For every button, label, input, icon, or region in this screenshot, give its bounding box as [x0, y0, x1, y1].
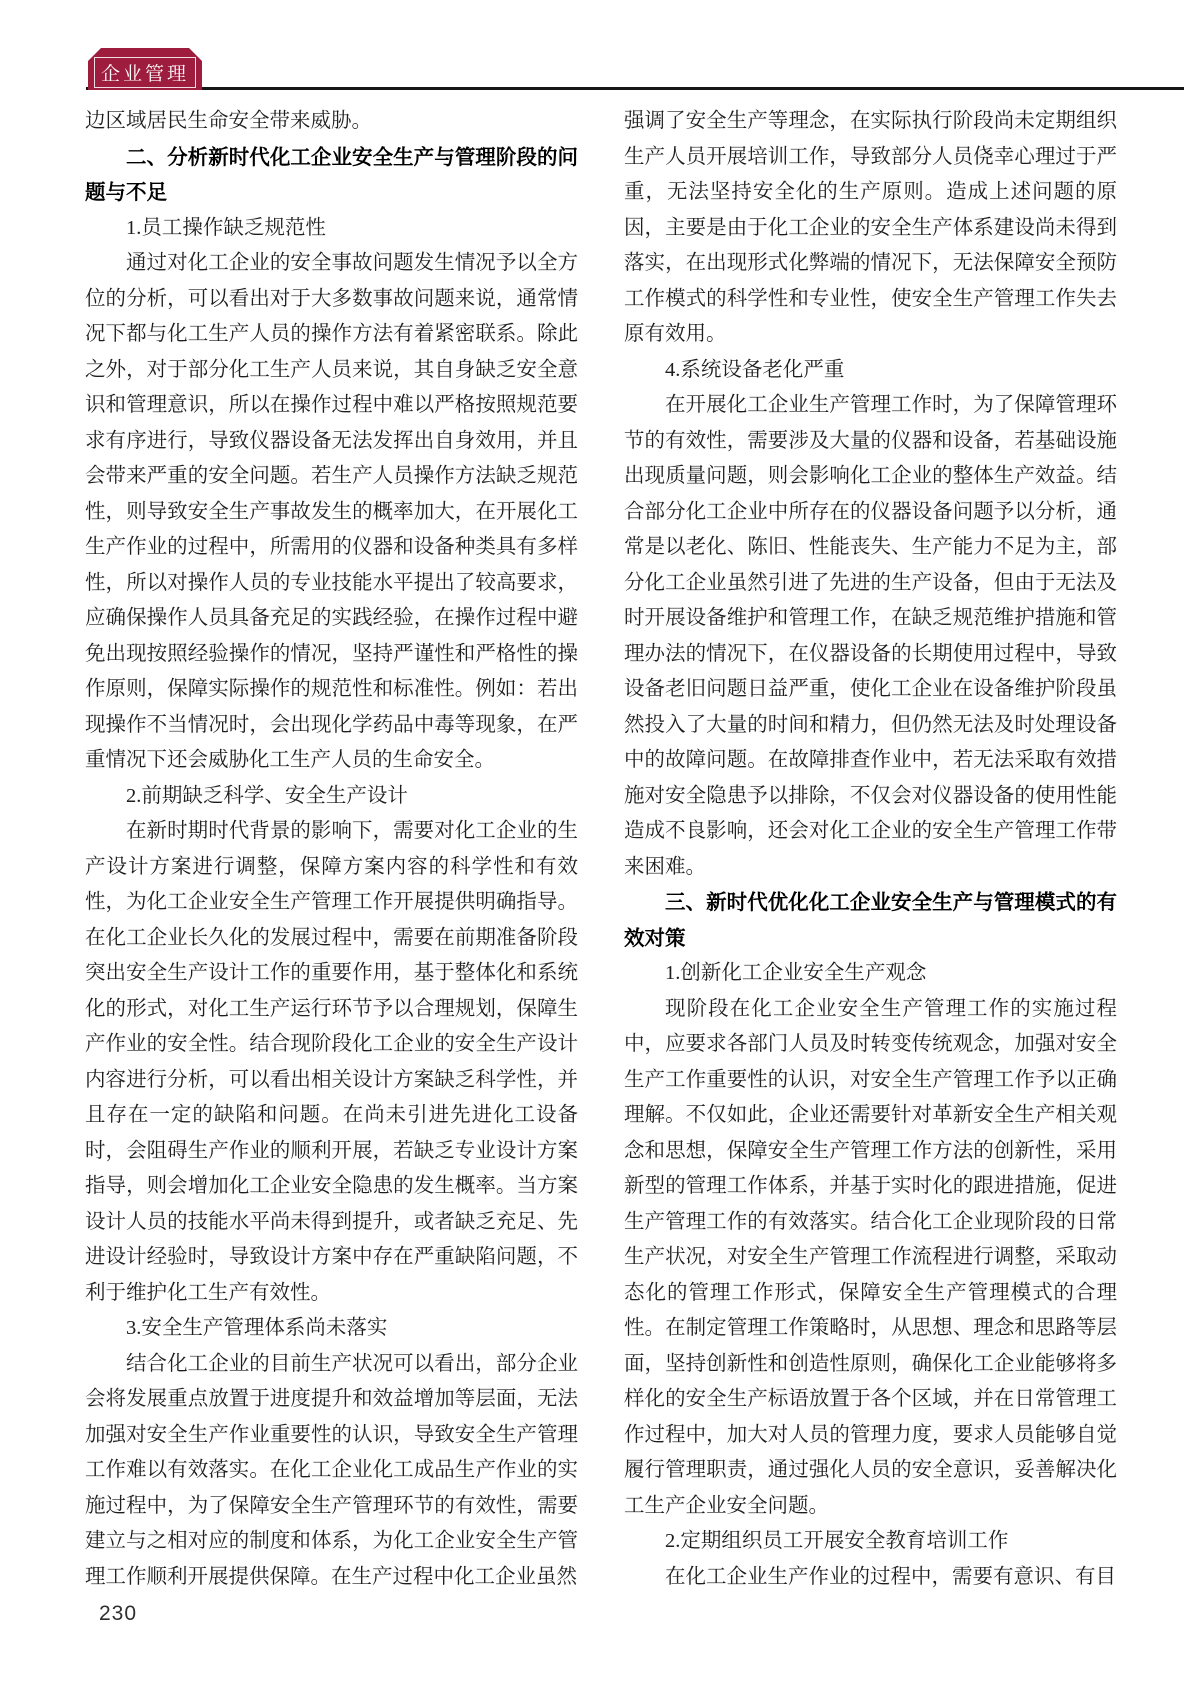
- continuation-paragraph: 边区域居民生命安全带来威胁。: [85, 104, 578, 140]
- continuation-paragraph: 强调了安全生产等理念，在实际执行阶段尚未定期组织生产人员开展培训工作，导致部分人…: [624, 104, 1117, 353]
- paragraph: 在新时期时代背景的影响下，需要对化工企业的生产设计方案进行调整，保障方案内容的科…: [85, 814, 578, 1311]
- page-number: 230: [99, 1602, 137, 1626]
- sub-heading: 1.员工操作缺乏规范性: [85, 211, 578, 247]
- section-heading: 二、分析新时代化工企业安全生产与管理阶段的问题与不足: [85, 140, 578, 211]
- article-body: 边区域居民生命安全带来威胁。 二、分析新时代化工企业安全生产与管理阶段的问题与不…: [85, 104, 1117, 1595]
- section-badge-label: 企业管理: [94, 57, 196, 88]
- right-column: 强调了安全生产等理念，在实际执行阶段尚未定期组织生产人员开展培训工作，导致部分人…: [624, 104, 1117, 1595]
- section-heading: 三、新时代优化化工企业安全生产与管理模式的有效对策: [624, 885, 1117, 956]
- left-column: 边区域居民生命安全带来威胁。 二、分析新时代化工企业安全生产与管理阶段的问题与不…: [85, 104, 578, 1595]
- paragraph: 在化工企业生产作业的过程中，需要有意识、有目: [624, 1560, 1117, 1596]
- paragraph: 通过对化工企业的安全事故问题发生情况予以全方位的分析，可以看出对于大多数事故问题…: [85, 246, 578, 779]
- sub-heading: 4.系统设备老化严重: [624, 353, 1117, 389]
- sub-heading: 2.定期组织员工开展安全教育培训工作: [624, 1524, 1117, 1560]
- section-badge: 企业管理: [88, 48, 202, 90]
- paragraph: 结合化工企业的目前生产状况可以看出，部分企业会将发展重点放置于进度提升和效益增加…: [85, 1347, 578, 1596]
- sub-heading: 3.安全生产管理体系尚未落实: [85, 1311, 578, 1347]
- paragraph: 在开展化工企业生产管理工作时，为了保障管理环节的有效性，需要涉及大量的仪器和设备…: [624, 388, 1117, 885]
- journal-page: 企业管理 边区域居民生命安全带来威胁。 二、分析新时代化工企业安全生产与管理阶段…: [0, 0, 1200, 1696]
- sub-heading: 1.创新化工企业安全生产观念: [624, 956, 1117, 992]
- paragraph: 现阶段在化工企业安全生产管理工作的实施过程中，应要求各部门人员及时转变传统观念，…: [624, 992, 1117, 1525]
- header-rule: [86, 87, 1184, 90]
- sub-heading: 2.前期缺乏科学、安全生产设计: [85, 779, 578, 815]
